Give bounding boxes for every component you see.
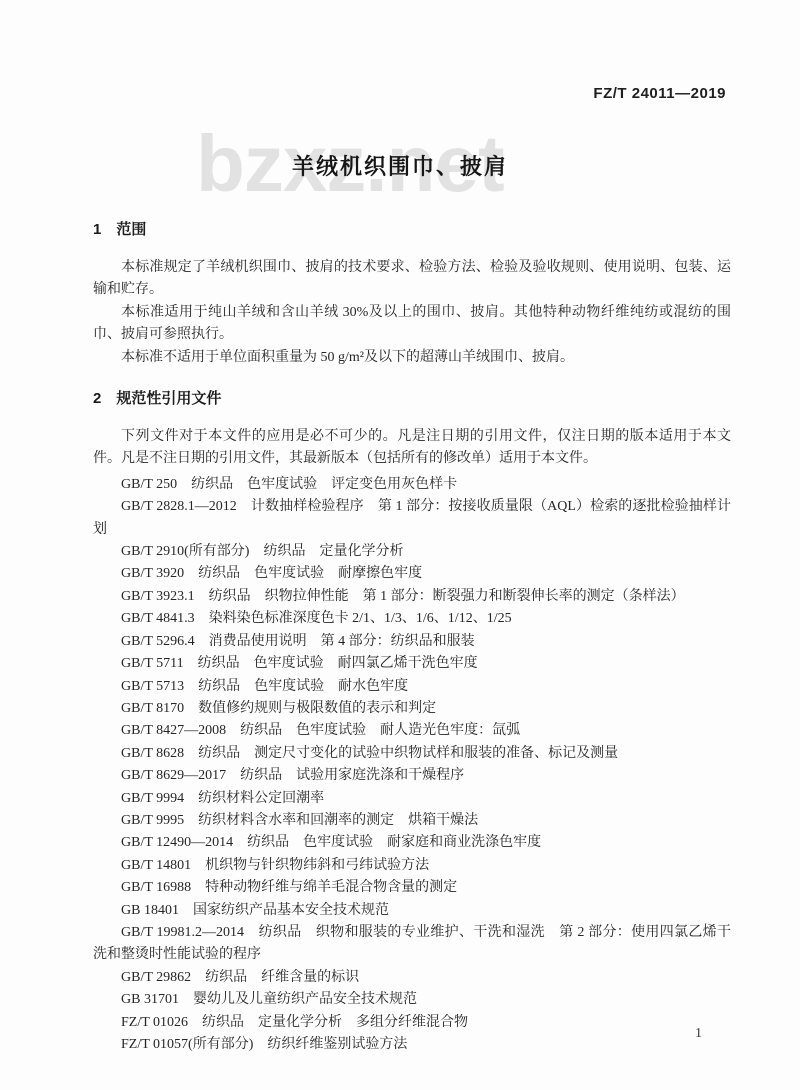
reference-item: GB/T 29862 纺织品 纤维含量的标识 — [93, 967, 731, 989]
reference-list: GB/T 250 纺织品 色牢度试验 评定变色用灰色样卡 GB/T 2828.1… — [93, 474, 731, 1057]
reference-item: GB/T 9994 纺织材料公定回潮率 — [93, 788, 731, 810]
document-title: 羊绒机织围巾、披肩 — [0, 150, 800, 181]
reference-item: GB/T 4841.3 染料染色标准深度色卡 2/1、1/3、1/6、1/12、… — [93, 608, 731, 630]
reference-item: GB 31701 婴幼儿及儿童纺织产品安全技术规范 — [93, 989, 731, 1011]
scope-paragraph-1: 本标准规定了羊绒机织围巾、披肩的技术要求、检验方法、检验及验收规则、使用说明、包… — [93, 257, 731, 302]
section-1-heading: 1 范围 — [93, 220, 731, 240]
reference-item: GB/T 19981.2—2014 纺织品 织物和服装的专业维护、干洗和湿洗 第… — [93, 922, 731, 967]
reference-item: GB/T 250 纺织品 色牢度试验 评定变色用灰色样卡 — [93, 474, 731, 496]
reference-item: GB/T 8628 纺织品 测定尺寸变化的试验中织物试样和服装的准备、标记及测量 — [93, 743, 731, 765]
reference-item: GB/T 2910(所有部分) 纺织品 定量化学分析 — [93, 541, 731, 563]
reference-item: FZ/T 01026 纺织品 定量化学分析 多组分纤维混合物 — [93, 1012, 731, 1034]
references-intro-paragraph: 下列文件对于本文件的应用是必不可少的。凡是注日期的引用文件，仅注日期的版本适用于… — [93, 426, 731, 471]
scope-paragraph-3: 本标准不适用于单位面积重量为 50 g/m²及以下的超薄山羊绒围巾、披肩。 — [93, 347, 731, 369]
reference-item: GB/T 5713 纺织品 色牢度试验 耐水色牢度 — [93, 676, 731, 698]
reference-item: GB/T 8170 数值修约规则与极限数值的表示和判定 — [93, 698, 731, 720]
reference-item: GB 18401 国家纺织产品基本安全技术规范 — [93, 900, 731, 922]
reference-item: GB/T 5711 纺织品 色牢度试验 耐四氯乙烯干洗色牢度 — [93, 653, 731, 675]
reference-item: GB/T 8427—2008 纺织品 色牢度试验 耐人造光色牢度：氙弧 — [93, 720, 731, 742]
reference-item: FZ/T 01057(所有部分) 纺织纤维鉴别试验方法 — [93, 1034, 731, 1056]
section-2-heading: 2 规范性引用文件 — [93, 389, 731, 409]
reference-item: GB/T 2828.1—2012 计数抽样检验程序 第 1 部分：按接收质量限（… — [93, 496, 731, 541]
reference-item: GB/T 12490—2014 纺织品 色牢度试验 耐家庭和商业洗涤色牢度 — [93, 832, 731, 854]
reference-item: GB/T 3920 纺织品 色牢度试验 耐摩擦色牢度 — [93, 563, 731, 585]
standard-number: FZ/T 24011—2019 — [593, 85, 726, 102]
page-number: 1 — [695, 1026, 702, 1042]
document-body: 1 范围 本标准规定了羊绒机织围巾、披肩的技术要求、检验方法、检验及验收规则、使… — [93, 220, 731, 1056]
reference-item: GB/T 16988 特种动物纤维与绵羊毛混合物含量的测定 — [93, 877, 731, 899]
reference-item: GB/T 8629—2017 纺织品 试验用家庭洗涤和干燥程序 — [93, 765, 731, 787]
reference-item: GB/T 14801 机织物与针织物纬斜和弓纬试验方法 — [93, 855, 731, 877]
scope-paragraph-2: 本标准适用于纯山羊绒和含山羊绒 30%及以上的围巾、披肩。其他特种动物纤维纯纺或… — [93, 302, 731, 347]
document-page: FZ/T 24011—2019 bzxz.net 羊绒机织围巾、披肩 1 范围 … — [0, 0, 800, 1090]
reference-item: GB/T 3923.1 纺织品 织物拉伸性能 第 1 部分：断裂强力和断裂伸长率… — [93, 586, 731, 608]
reference-item: GB/T 5296.4 消费品使用说明 第 4 部分：纺织品和服装 — [93, 631, 731, 653]
reference-item: GB/T 9995 纺织材料含水率和回潮率的测定 烘箱干燥法 — [93, 810, 731, 832]
